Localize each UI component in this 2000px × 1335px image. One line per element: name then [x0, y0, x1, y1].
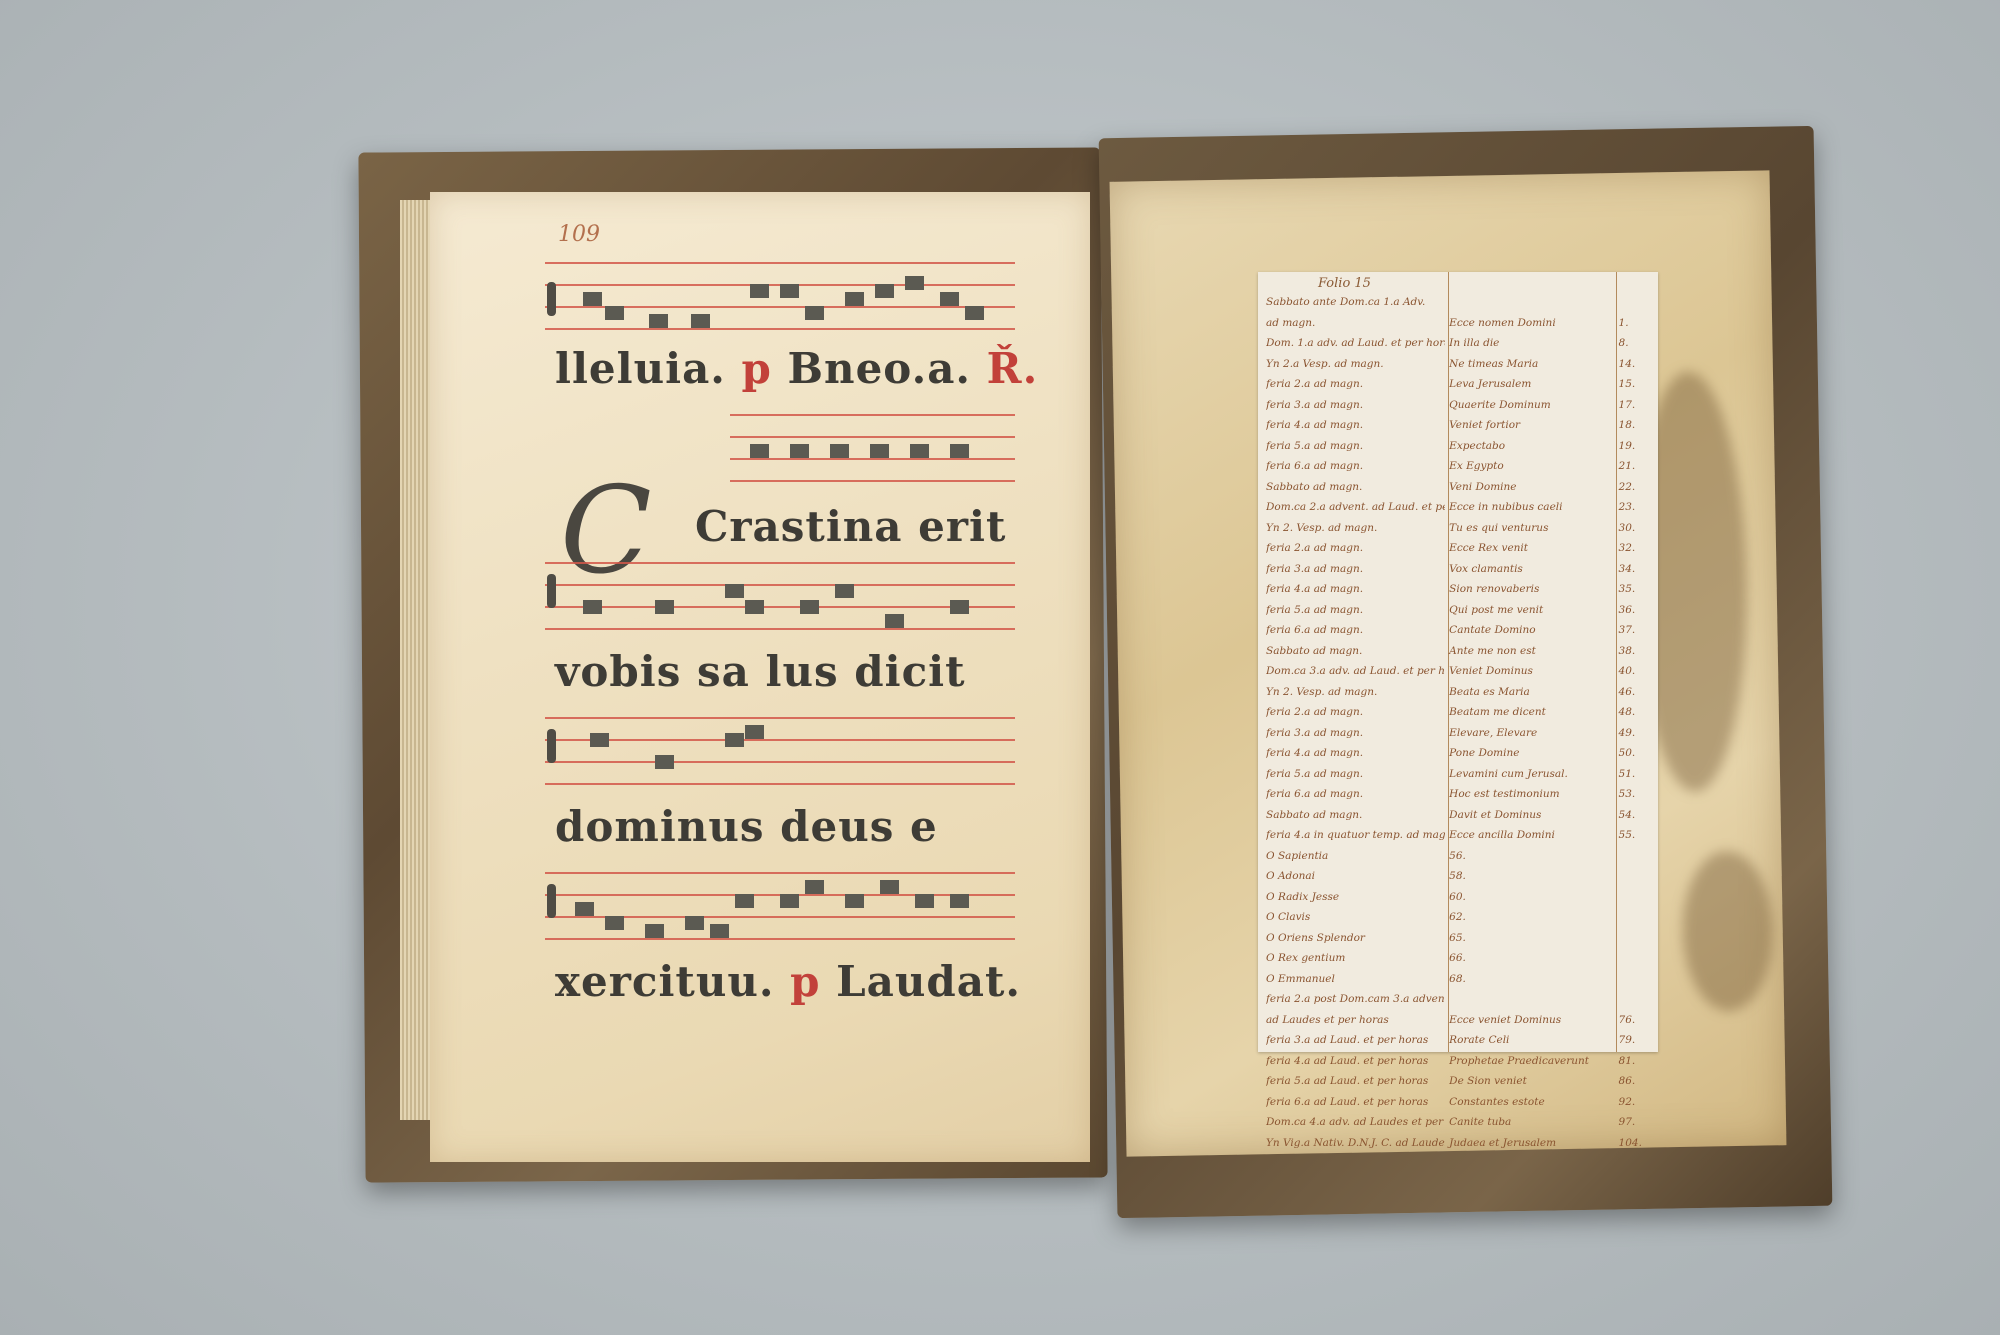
- index-row: Dom.ca 3.a adv. ad Laud. et per horasVen…: [1266, 665, 1652, 686]
- index-occasion: O Emmanuel: [1266, 973, 1445, 994]
- index-incipit: Judaea et Jerusalem: [1445, 1137, 1616, 1158]
- index-row: O Oriens Splendor65.: [1266, 932, 1652, 953]
- index-folio: 21.: [1617, 460, 1652, 481]
- index-row: Yn Vig.a Nativ. D.N.J. C. ad Laudes et p…: [1266, 1137, 1652, 1158]
- index-incipit: Ecce veniet Dominus: [1445, 1014, 1616, 1035]
- index-occasion: Sabbato ad magn.: [1266, 809, 1445, 830]
- index-incipit: Tu es qui venturus: [1445, 522, 1616, 543]
- index-folio: 37.: [1617, 624, 1652, 645]
- chant-text-line-2: Crastina erit: [695, 502, 1006, 551]
- index-row: feria 5.a ad magn.Qui post me venit36.: [1266, 604, 1652, 625]
- index-incipit: Veni Domine: [1445, 481, 1616, 502]
- index-incipit: Quaerite Dominum: [1445, 399, 1616, 420]
- index-folio: 81.: [1617, 1055, 1652, 1076]
- index-occasion: Sabbato ad magn.: [1266, 645, 1445, 666]
- index-occasion: Yn Vig.a Nativ. D.N.J. C. ad Laudes et p…: [1266, 1137, 1445, 1158]
- index-occasion: feria 3.a ad magn.: [1266, 399, 1445, 420]
- index-occasion: feria 2.a post Dom.cam 3.a adventus: [1266, 993, 1445, 1014]
- index-row: ad magn.Ecce nomen Domini1.: [1266, 317, 1652, 338]
- index-incipit: Ecce ancilla Domini: [1445, 829, 1616, 850]
- index-occasion: feria 4.a ad magn.: [1266, 419, 1445, 440]
- index-row: feria 4.a ad magn.Pone Domine50.: [1266, 747, 1652, 768]
- index-occasion: Dom.ca 3.a adv. ad Laud. et per horas: [1266, 665, 1445, 686]
- index-occasion: ad magn.: [1266, 317, 1445, 338]
- music-staff-2: [730, 414, 1015, 490]
- index-occasion: feria 4.a ad magn.: [1266, 583, 1445, 604]
- index-row: feria 5.a ad Laud. et per horasDe Sion v…: [1266, 1075, 1652, 1096]
- index-row: feria 3.a ad Laud. et per horasRorate Ce…: [1266, 1034, 1652, 1055]
- index-occasion: Sabbato ad magn.: [1266, 481, 1445, 502]
- index-row: Dom. 1.a adv. ad Laud. et per horasIn il…: [1266, 337, 1652, 358]
- music-staff-4: [545, 717, 1015, 793]
- index-occasion: feria 4.a ad Laud. et per horas: [1266, 1055, 1445, 1076]
- index-occasion: feria 5.a ad Laud. et per horas: [1266, 1075, 1445, 1096]
- index-row: feria 2.a ad magn.Ecce Rex venit32.: [1266, 542, 1652, 563]
- index-incipit: 65.: [1445, 932, 1616, 953]
- left-page-chant: 109 lleluia. p Bneo.a. Ř. C Crastina eri…: [430, 192, 1090, 1162]
- index-occasion: O Radix Jesse: [1266, 891, 1445, 912]
- index-incipit: Hoc est testimonium: [1445, 788, 1616, 809]
- index-folio: 1.: [1617, 317, 1652, 338]
- index-row: O Clavis62.: [1266, 911, 1652, 932]
- index-folio: 46.: [1617, 686, 1652, 707]
- index-occasion: feria 5.a ad magn.: [1266, 604, 1445, 625]
- index-row: Dom.ca 2.a advent. ad Laud. et per horas…: [1266, 501, 1652, 522]
- chant-text-line-1: lleluia. p Bneo.a. Ř.: [555, 344, 1038, 393]
- handwritten-index-sheet: Folio 15 Sabbato ante Dom.ca 1.a Adv.ad …: [1258, 272, 1658, 1052]
- index-folio: 92.: [1617, 1096, 1652, 1117]
- index-row: O Adonai58.: [1266, 870, 1652, 891]
- index-row: feria 3.a ad magn.Quaerite Dominum17.: [1266, 399, 1652, 420]
- index-folio: 76.: [1617, 1014, 1652, 1035]
- index-folio: 23.: [1617, 501, 1652, 522]
- index-row: Yn 2. Vesp. ad magn.Tu es qui venturus30…: [1266, 522, 1652, 543]
- index-folio: 50.: [1617, 747, 1652, 768]
- index-row: Sabbato ad magn.Ante me non est38.: [1266, 645, 1652, 666]
- index-incipit: Ex Egypto: [1445, 460, 1616, 481]
- index-folio: [1617, 911, 1652, 932]
- index-folio: 19.: [1617, 440, 1652, 461]
- index-occasion: feria 5.a ad magn.: [1266, 768, 1445, 789]
- index-row: Yn 2.a Vesp. ad magn.Ne timeas Maria14.: [1266, 358, 1652, 379]
- clef-icon: [547, 282, 556, 316]
- index-occasion: Yn 2.a Vesp. ad magn.: [1266, 358, 1445, 379]
- index-incipit: Rorate Celi: [1445, 1034, 1616, 1055]
- index-folio: 22.: [1617, 481, 1652, 502]
- index-incipit: Constantes estote: [1445, 1096, 1616, 1117]
- index-row: feria 6.a ad Laud. et per horasConstante…: [1266, 1096, 1652, 1117]
- index-row: feria 6.a ad magn.Ex Egypto21.: [1266, 460, 1652, 481]
- index-incipit: [1445, 296, 1616, 317]
- music-staff-1: [545, 262, 1015, 338]
- index-table: Sabbato ante Dom.ca 1.a Adv.ad magn.Ecce…: [1266, 296, 1652, 1157]
- index-incipit: Ecce in nubibus caeli: [1445, 501, 1616, 522]
- index-incipit: Ne timeas Maria: [1445, 358, 1616, 379]
- index-row: O Emmanuel68.: [1266, 973, 1652, 994]
- index-row: feria 2.a ad magn.Leva Jerusalem15.: [1266, 378, 1652, 399]
- index-incipit: Ecce nomen Domini: [1445, 317, 1616, 338]
- index-occasion: Dom.ca 4.a adv. ad Laudes et per horas: [1266, 1116, 1445, 1137]
- index-row: Sabbato ante Dom.ca 1.a Adv.: [1266, 296, 1652, 317]
- index-folio: 18.: [1617, 419, 1652, 440]
- index-incipit: Cantate Domino: [1445, 624, 1616, 645]
- index-incipit: Prophetae Praedicaverunt: [1445, 1055, 1616, 1076]
- index-incipit: Sion renovaberis: [1445, 583, 1616, 604]
- index-occasion: O Oriens Splendor: [1266, 932, 1445, 953]
- index-row: feria 4.a ad Laud. et per horasProphetae…: [1266, 1055, 1652, 1076]
- index-folio: 86.: [1617, 1075, 1652, 1096]
- index-occasion: feria 6.a ad magn.: [1266, 624, 1445, 645]
- index-incipit: Pone Domine: [1445, 747, 1616, 768]
- index-incipit: [1445, 993, 1616, 1014]
- index-incipit: Beata es Maria: [1445, 686, 1616, 707]
- index-folio: 48.: [1617, 706, 1652, 727]
- music-staff-5: [545, 872, 1015, 948]
- index-folio: 36.: [1617, 604, 1652, 625]
- index-occasion: feria 4.a ad magn.: [1266, 747, 1445, 768]
- index-folio: [1617, 891, 1652, 912]
- index-row: O Rex gentium66.: [1266, 952, 1652, 973]
- index-incipit: Beatam me dicent: [1445, 706, 1616, 727]
- index-folio: [1617, 296, 1652, 317]
- index-incipit: Elevare, Elevare: [1445, 727, 1616, 748]
- index-incipit: Veniet Dominus: [1445, 665, 1616, 686]
- chant-text-line-4: dominus deus e: [555, 802, 938, 851]
- index-folio: [1617, 973, 1652, 994]
- index-incipit: In illa die: [1445, 337, 1616, 358]
- index-occasion: Dom. 1.a adv. ad Laud. et per horas: [1266, 337, 1445, 358]
- chant-text-line-3: vobis sa lus dicit: [555, 647, 966, 696]
- index-incipit: 58.: [1445, 870, 1616, 891]
- index-folio: 97.: [1617, 1116, 1652, 1137]
- index-incipit: Ante me non est: [1445, 645, 1616, 666]
- index-incipit: 56.: [1445, 850, 1616, 871]
- index-occasion: feria 6.a ad magn.: [1266, 788, 1445, 809]
- index-occasion: feria 2.a ad magn.: [1266, 378, 1445, 399]
- index-incipit: 66.: [1445, 952, 1616, 973]
- index-folio: [1617, 993, 1652, 1014]
- index-occasion: feria 2.a ad magn.: [1266, 542, 1445, 563]
- music-staff-3: [545, 562, 1015, 638]
- index-incipit: Veniet fortior: [1445, 419, 1616, 440]
- index-incipit: 60.: [1445, 891, 1616, 912]
- index-incipit: Qui post me venit: [1445, 604, 1616, 625]
- index-folio: 35.: [1617, 583, 1652, 604]
- index-folio: 53.: [1617, 788, 1652, 809]
- index-title: Folio 15: [1318, 276, 1371, 291]
- index-folio: 17.: [1617, 399, 1652, 420]
- index-occasion: Dom.ca 2.a advent. ad Laud. et per horas: [1266, 501, 1445, 522]
- index-folio: 54.: [1617, 809, 1652, 830]
- index-occasion: ad Laudes et per horas: [1266, 1014, 1445, 1035]
- index-row: Sabbato ad magn.Davit et Dominus54.: [1266, 809, 1652, 830]
- index-folio: 15.: [1617, 378, 1652, 399]
- index-folio: 32.: [1617, 542, 1652, 563]
- clef-icon: [547, 574, 556, 608]
- index-row: O Radix Jesse60.: [1266, 891, 1652, 912]
- index-folio: 55.: [1617, 829, 1652, 850]
- index-folio: [1617, 850, 1652, 871]
- index-occasion: O Rex gentium: [1266, 952, 1445, 973]
- index-folio: 104.: [1617, 1137, 1652, 1158]
- index-row: feria 6.a ad magn.Hoc est testimonium53.: [1266, 788, 1652, 809]
- index-row: feria 6.a ad magn.Cantate Domino37.: [1266, 624, 1652, 645]
- index-folio: 49.: [1617, 727, 1652, 748]
- index-occasion: feria 3.a ad magn.: [1266, 563, 1445, 584]
- index-incipit: Expectabo: [1445, 440, 1616, 461]
- index-incipit: Ecce Rex venit: [1445, 542, 1616, 563]
- index-occasion: feria 6.a ad Laud. et per horas: [1266, 1096, 1445, 1117]
- index-row: Sabbato ad magn.Veni Domine22.: [1266, 481, 1652, 502]
- index-occasion: Sabbato ante Dom.ca 1.a Adv.: [1266, 296, 1445, 317]
- index-occasion: feria 4.a in quatuor temp. ad magn.: [1266, 829, 1445, 850]
- index-incipit: Leva Jerusalem: [1445, 378, 1616, 399]
- index-row: Dom.ca 4.a adv. ad Laudes et per horasCa…: [1266, 1116, 1652, 1137]
- chant-text-line-5: xercituu. p Laudat.: [555, 957, 1021, 1006]
- index-row: feria 2.a ad magn.Beatam me dicent48.: [1266, 706, 1652, 727]
- index-incipit: 68.: [1445, 973, 1616, 994]
- index-incipit: De Sion veniet: [1445, 1075, 1616, 1096]
- index-row: feria 4.a ad magn.Sion renovaberis35.: [1266, 583, 1652, 604]
- index-incipit: Levamini cum Jerusal.: [1445, 768, 1616, 789]
- clef-icon: [547, 884, 556, 918]
- index-row: feria 5.a ad magn.Levamini cum Jerusal.5…: [1266, 768, 1652, 789]
- index-folio: [1617, 932, 1652, 953]
- index-folio: 30.: [1617, 522, 1652, 543]
- index-folio: 8.: [1617, 337, 1652, 358]
- index-occasion: O Adonai: [1266, 870, 1445, 891]
- index-occasion: feria 3.a ad magn.: [1266, 727, 1445, 748]
- index-row: feria 3.a ad magn.Elevare, Elevare49.: [1266, 727, 1652, 748]
- index-row: feria 4.a ad magn.Veniet fortior18.: [1266, 419, 1652, 440]
- index-incipit: Davit et Dominus: [1445, 809, 1616, 830]
- index-row: O Sapientia56.: [1266, 850, 1652, 871]
- index-occasion: Yn 2. Vesp. ad magn.: [1266, 686, 1445, 707]
- index-row: feria 2.a post Dom.cam 3.a adventus: [1266, 993, 1652, 1014]
- index-occasion: O Sapientia: [1266, 850, 1445, 871]
- index-incipit: 62.: [1445, 911, 1616, 932]
- index-row: feria 4.a in quatuor temp. ad magn.Ecce …: [1266, 829, 1652, 850]
- index-folio: [1617, 952, 1652, 973]
- index-incipit: Canite tuba: [1445, 1116, 1616, 1137]
- index-folio: 51.: [1617, 768, 1652, 789]
- index-folio: 79.: [1617, 1034, 1652, 1055]
- index-row: ad Laudes et per horasEcce veniet Dominu…: [1266, 1014, 1652, 1035]
- index-occasion: feria 3.a ad Laud. et per horas: [1266, 1034, 1445, 1055]
- index-occasion: feria 2.a ad magn.: [1266, 706, 1445, 727]
- clef-icon: [547, 729, 556, 763]
- index-folio: 14.: [1617, 358, 1652, 379]
- index-occasion: Yn 2. Vesp. ad magn.: [1266, 522, 1445, 543]
- index-occasion: feria 6.a ad magn.: [1266, 460, 1445, 481]
- index-folio: [1617, 870, 1652, 891]
- index-folio: 40.: [1617, 665, 1652, 686]
- index-row: Yn 2. Vesp. ad magn.Beata es Maria46.: [1266, 686, 1652, 707]
- index-folio: 38.: [1617, 645, 1652, 666]
- index-occasion: feria 5.a ad magn.: [1266, 440, 1445, 461]
- index-incipit: Vox clamantis: [1445, 563, 1616, 584]
- index-occasion: O Clavis: [1266, 911, 1445, 932]
- index-folio: 34.: [1617, 563, 1652, 584]
- folio-number: 109: [558, 222, 600, 247]
- index-row: feria 3.a ad magn.Vox clamantis34.: [1266, 563, 1652, 584]
- index-row: feria 5.a ad magn.Expectabo19.: [1266, 440, 1652, 461]
